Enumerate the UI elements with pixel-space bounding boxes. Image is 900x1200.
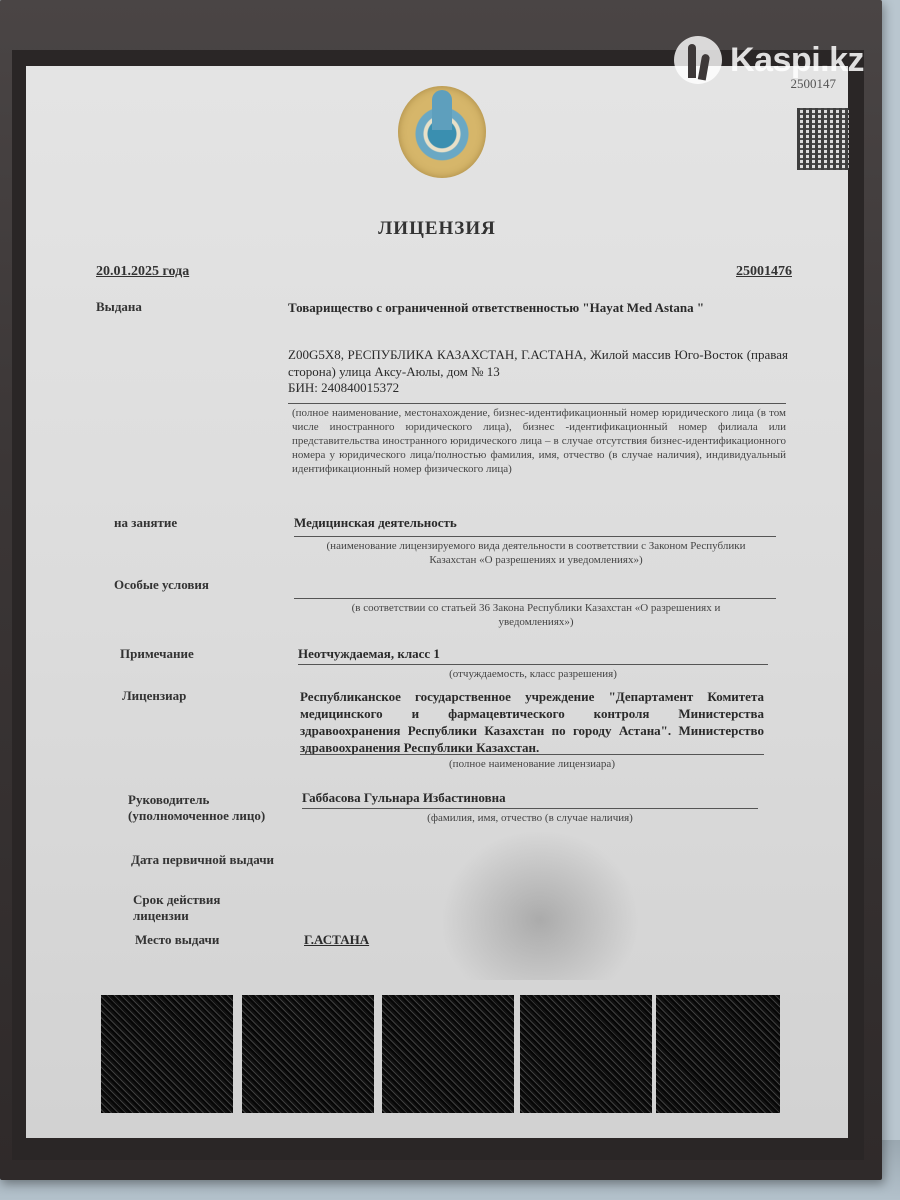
barcode-2 [242,995,374,1113]
barcode-4 [520,995,652,1113]
place-of-issue-label: Место выдачи [135,932,219,948]
barcode-1 [101,995,233,1113]
note-rule [298,664,768,665]
issue-date: 20.01.2025 года [96,264,189,280]
head-hint: (фамилия, имя, отчество (в случае наличи… [302,811,758,825]
issued-to-rule [288,403,786,404]
special-conditions-rule [294,598,776,599]
document-title: ЛИЦЕНЗИЯ [26,218,848,240]
note-label: Примечание [120,646,194,662]
activity-hint: (наименование лицензируемого вида деятел… [316,539,756,567]
kaspi-brand-text: Kaspi.kz [730,41,864,80]
issued-to-hint: (полное наименование, местонахождение, б… [292,406,786,476]
barcode-5 [656,995,780,1113]
license-number: 25001476 [736,264,792,280]
activity-label: на занятие [114,515,177,531]
note-value: Неотчуждаемая, класс 1 [298,646,440,662]
head-rule [302,808,758,809]
note-hint: (отчуждаемость, класс разрешения) [298,667,768,681]
validity-label: Срок действия лицензии [133,892,243,924]
kazakhstan-state-emblem-icon [398,86,486,178]
activity-value: Медицинская деятельность [294,515,457,531]
first-issue-date-label: Дата первичной выдачи [131,852,274,868]
licensor-rule [300,754,764,755]
licensor-label: Лицензиар [122,688,186,704]
photo-shadow [440,830,640,980]
head-value: Габбасова Гульнара Избастиновна [302,790,506,806]
issued-to-org-name: Товарищество с ограниченной ответственно… [288,299,788,316]
place-of-issue-value: Г.АСТАНА [304,932,369,948]
qr-code-icon [797,108,849,170]
kaspi-watermark: Kaspi.kz [674,36,864,84]
barcode-3 [382,995,514,1113]
issued-to-label: Выдана [96,299,142,315]
activity-rule [294,536,776,537]
kaspi-family-logo-icon [674,36,722,84]
licensor-hint: (полное наименование лицензиара) [300,757,764,771]
issued-to-bin: БИН: 240840015372 [288,380,788,396]
issued-to-address: Z00G5X8, РЕСПУБЛИКА КАЗАХСТАН, Г.АСТАНА,… [288,346,788,380]
licensor-value: Республиканское государственное учрежден… [300,688,764,756]
special-conditions-label: Особые условия [114,577,209,593]
head-label: Руководитель (уполномоченное лицо) [128,792,298,824]
special-conditions-hint: (в соответствии со статьей 36 Закона Рес… [316,601,756,629]
